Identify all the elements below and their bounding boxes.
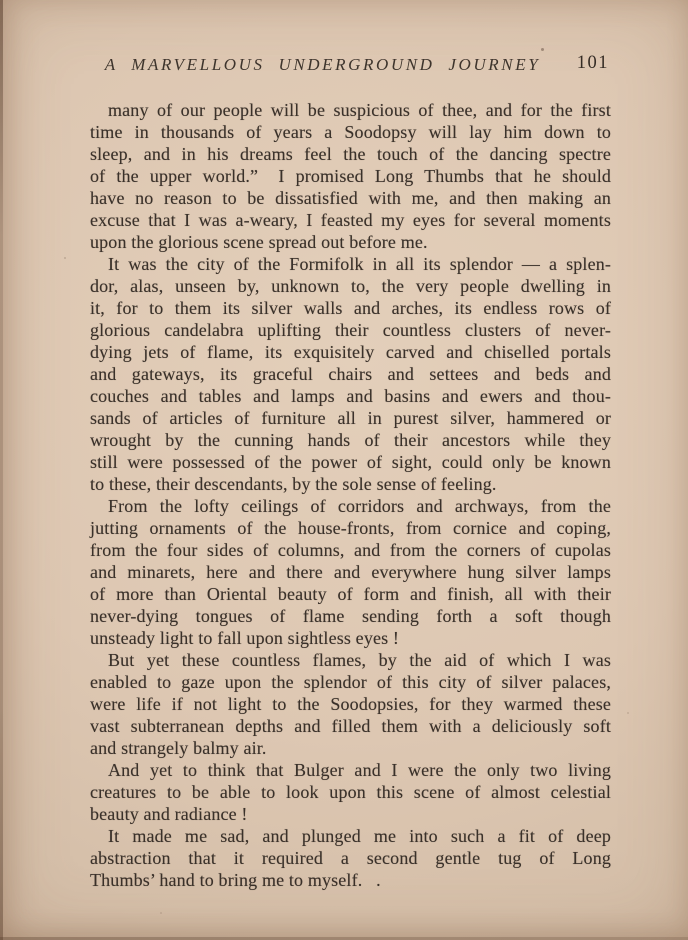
text-line: sands of articles of furniture all in pu… <box>90 407 611 429</box>
text-line: Thumbs’ hand to bring me to myself. . <box>90 869 611 891</box>
text-line: never-dying tongues of flame sending for… <box>90 605 611 627</box>
text-line: It made me sad, and plunged me into such… <box>90 825 611 847</box>
dust-speck <box>627 712 629 714</box>
text-line: But yet these countless flames, by the a… <box>90 649 611 671</box>
text-line: of the upper world.” I promised Long Thu… <box>90 165 611 187</box>
text-line: creatures to be able to look upon this s… <box>90 781 611 803</box>
text-line: It was the city of the Formifolk in all … <box>90 253 611 275</box>
text-line: unsteady light to fall upon sightless ey… <box>90 627 611 649</box>
text-line: from the four sides of columns, and from… <box>90 539 611 561</box>
text-line: vast subterranean depths and filled them… <box>90 715 611 737</box>
running-title: A MARVELLOUS UNDERGROUND JOURNEY <box>90 55 555 75</box>
running-head: A MARVELLOUS UNDERGROUND JOURNEY 101 <box>90 55 611 81</box>
text-line: and gateways, its graceful chairs and se… <box>90 363 611 385</box>
text-line: upon the glorious scene spread out befor… <box>90 231 611 253</box>
text-line: From the lofty ceilings of corridors and… <box>90 495 611 517</box>
text-line: time in thousands of years a Soodopsy wi… <box>90 121 611 143</box>
text-line: wrought by the cunning hands of their an… <box>90 429 611 451</box>
text-line: still were possessed of the power of sig… <box>90 451 611 473</box>
text-line: glorious candelabra uplifting their coun… <box>90 319 611 341</box>
text-line: of more than Oriental beauty of form and… <box>90 583 611 605</box>
text-line: beauty and radiance ! <box>90 803 611 825</box>
body-text: many of our people will be suspicious of… <box>90 99 611 891</box>
scan-edge-left <box>0 0 3 940</box>
text-line: sleep, and in his dreams feel the touch … <box>90 143 611 165</box>
text-line: were life if not light to the Soodopsies… <box>90 693 611 715</box>
text-line: to these, their descendants, by the sole… <box>90 473 611 495</box>
text-line: dor, alas, unseen by, unknown to, the ve… <box>90 275 611 297</box>
dust-speck <box>541 48 544 51</box>
text-line: enabled to gaze upon the splendor of thi… <box>90 671 611 693</box>
book-page-scan: A MARVELLOUS UNDERGROUND JOURNEY 101 man… <box>0 0 688 940</box>
text-line: have no reason to be dissatisfied with m… <box>90 187 611 209</box>
text-line: And yet to think that Bulger and I were … <box>90 759 611 781</box>
text-line: dying jets of flame, its exquisitely car… <box>90 341 611 363</box>
text-line: and minarets, here and there and everywh… <box>90 561 611 583</box>
text-line: excuse that I was a-weary, I feasted my … <box>90 209 611 231</box>
text-line: jutting ornaments of the house-fronts, f… <box>90 517 611 539</box>
page-number: 101 <box>577 53 609 74</box>
text-line: and strangely balmy air. <box>90 737 611 759</box>
dust-speck <box>160 912 162 914</box>
text-line: it, for to them its silver walls and arc… <box>90 297 611 319</box>
text-line: couches and tables and lamps and basins … <box>90 385 611 407</box>
dust-speck <box>64 257 66 259</box>
text-line: abstraction that it required a second ge… <box>90 847 611 869</box>
text-line: many of our people will be suspicious of… <box>90 99 611 121</box>
